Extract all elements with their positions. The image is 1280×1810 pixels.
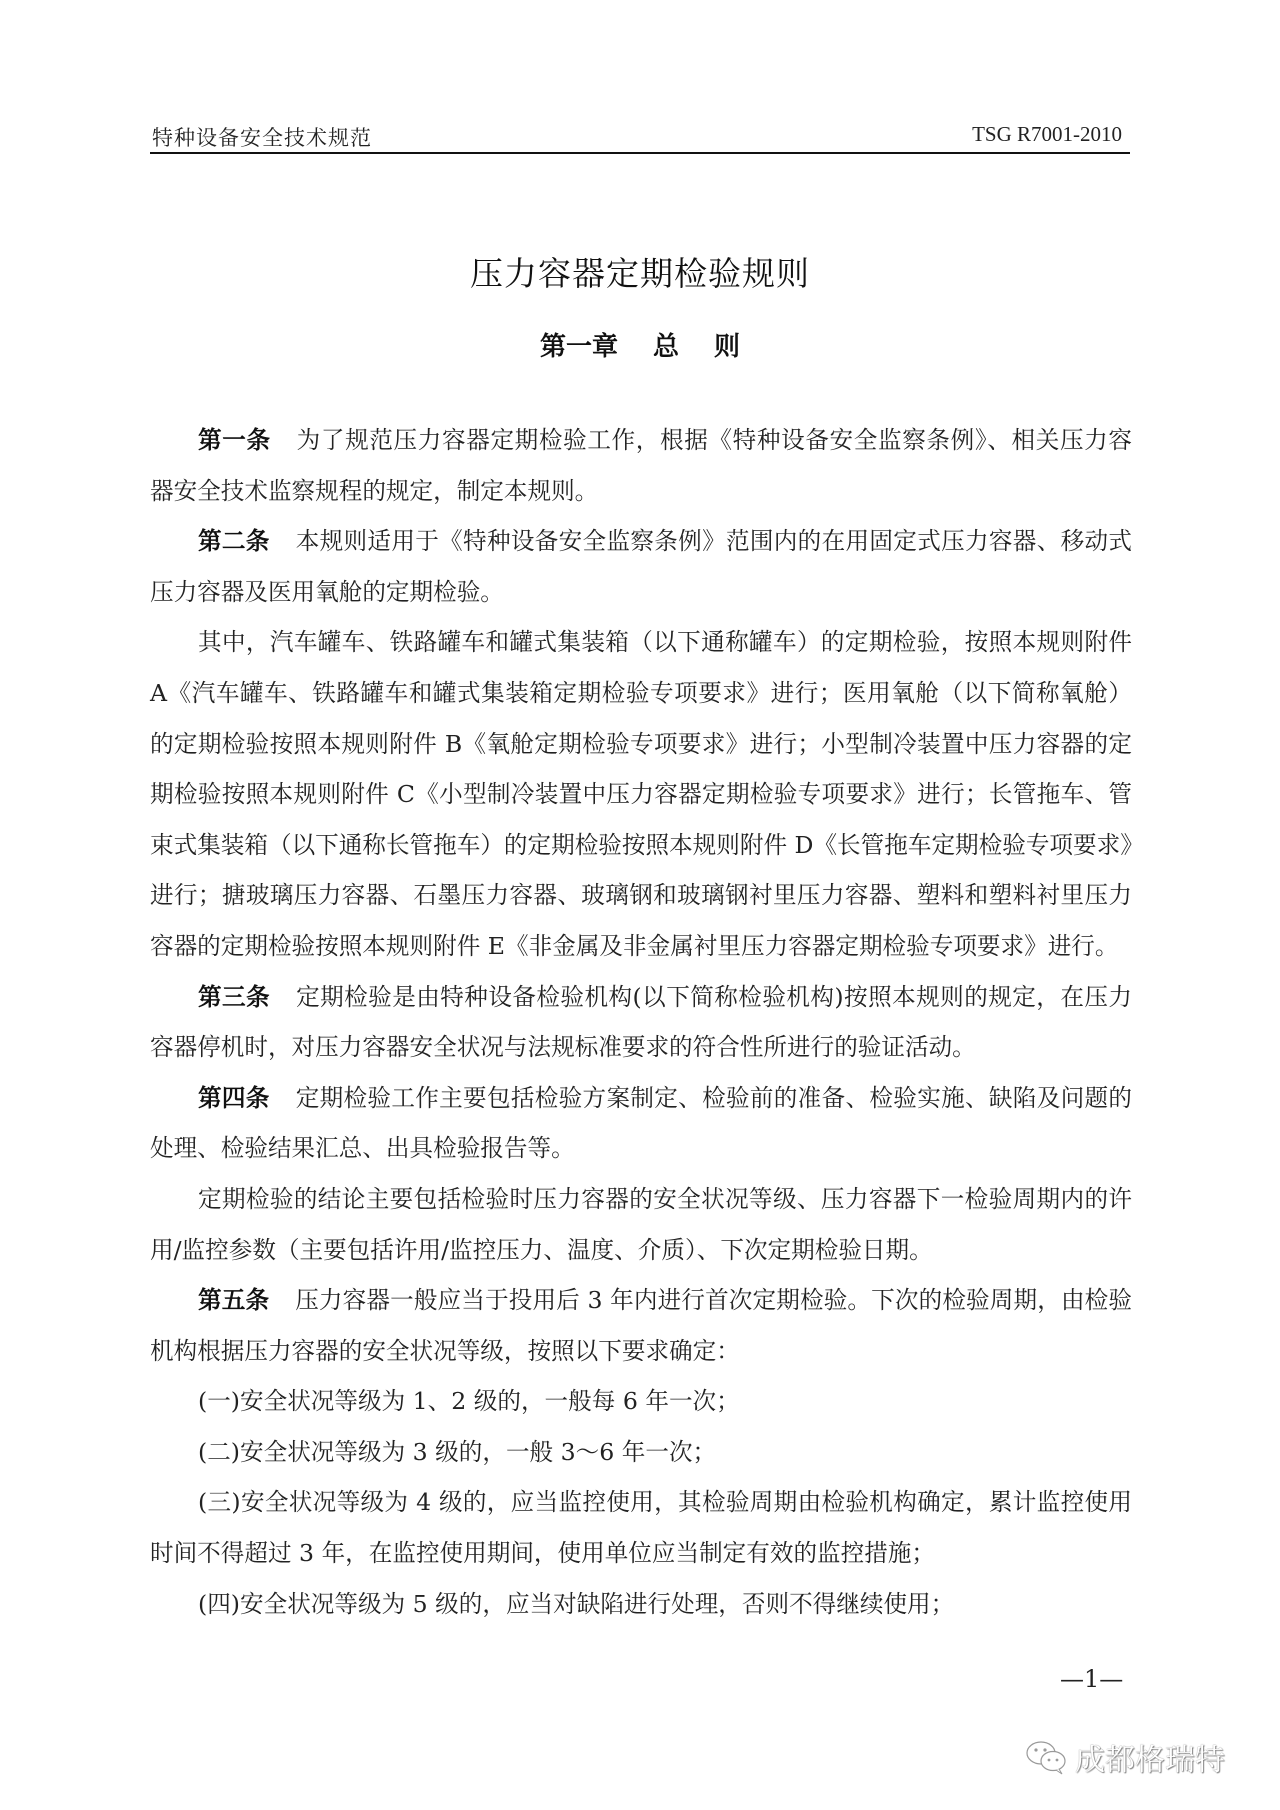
list-item: (三)安全状况等级为 4 级的，应当监控使用，其检验周期由检验机构确定，累计监控… [150, 1477, 1132, 1578]
paragraph-text: 定期检验的结论主要包括检验时压力容器的安全状况等级、压力容器下一检验周期内的许用… [150, 1185, 1132, 1264]
watermark: 成都格瑞特 [1025, 1735, 1225, 1779]
paragraph: 其中，汽车罐车、铁路罐车和罐式集装箱（以下通称罐车）的定期检验，按照本规则附件 … [150, 617, 1132, 971]
paragraph-text: 定期检验工作主要包括检验方案制定、检验前的准备、检验实施、缺陷及问题的处理、检验… [150, 1084, 1132, 1163]
article-label: 第四条 [198, 1084, 270, 1112]
paragraph: 第二条本规则适用于《特种设备安全监察条例》范围内的在用固定式压力容器、移动式压力… [150, 516, 1132, 617]
list-item: (一)安全状况等级为 1、2 级的，一般每 6 年一次； [150, 1376, 1132, 1427]
list-item-text: (三)安全状况等级为 4 级的，应当监控使用，其检验周期由检验机构确定，累计监控… [150, 1488, 1132, 1567]
article-label: 第一条 [198, 426, 271, 454]
list-item-text: (二)安全状况等级为 3 级的，一般 3～6 年一次； [198, 1438, 716, 1466]
page-header: 特种设备安全技术规范 TSG R7001-2010 [150, 118, 1130, 154]
paragraph-text: 定期检验是由特种设备检验机构(以下简称检验机构)按照本规则的规定，在压力容器停机… [150, 983, 1132, 1062]
list-item-text: (四)安全状况等级为 5 级的，应当对缺陷进行处理，否则不得继续使用； [198, 1590, 954, 1618]
paragraph-text: 为了规范压力容器定期检验工作，根据《特种设备安全监察条例》、相关压力容器安全技术… [150, 426, 1132, 505]
wechat-icon [1025, 1739, 1069, 1775]
article-label: 第二条 [198, 527, 270, 555]
paragraph-text: 压力容器一般应当于投用后 3 年内进行首次定期检验。下次的检验周期，由检验机构根… [150, 1286, 1132, 1365]
list-item: (二)安全状况等级为 3 级的，一般 3～6 年一次； [150, 1427, 1132, 1478]
header-standard-code: TSG R7001-2010 [972, 122, 1122, 147]
paragraph: 第一条为了规范压力容器定期检验工作，根据《特种设备安全监察条例》、相关压力容器安… [150, 415, 1132, 516]
watermark-text: 成都格瑞特 [1075, 1735, 1225, 1779]
article-label: 第五条 [198, 1286, 269, 1314]
list-item-text: (一)安全状况等级为 1、2 级的，一般每 6 年一次； [198, 1387, 740, 1415]
list-item: (四)安全状况等级为 5 级的，应当对缺陷进行处理，否则不得继续使用； [150, 1579, 1132, 1630]
paragraph: 第四条定期检验工作主要包括检验方案制定、检验前的准备、检验实施、缺陷及问题的处理… [150, 1073, 1132, 1174]
paragraph: 第五条压力容器一般应当于投用后 3 年内进行首次定期检验。下次的检验周期，由检验… [150, 1275, 1132, 1376]
paragraph: 定期检验的结论主要包括检验时压力容器的安全状况等级、压力容器下一检验周期内的许用… [150, 1174, 1132, 1275]
paragraph-text: 其中，汽车罐车、铁路罐车和罐式集装箱（以下通称罐车）的定期检验，按照本规则附件 … [150, 628, 1132, 960]
chapter-heading: 第一章 总 则 [0, 326, 1280, 363]
paragraph-text: 本规则适用于《特种设备安全监察条例》范围内的在用固定式压力容器、移动式压力容器及… [150, 527, 1132, 606]
document-body: 第一条为了规范压力容器定期检验工作，根据《特种设备安全监察条例》、相关压力容器安… [150, 415, 1132, 1629]
article-label: 第三条 [198, 983, 270, 1011]
header-series-title: 特种设备安全技术规范 [152, 122, 372, 152]
paragraph: 第三条定期检验是由特种设备检验机构(以下简称检验机构)按照本规则的规定，在压力容… [150, 972, 1132, 1073]
document-title: 压力容器定期检验规则 [0, 248, 1280, 295]
page-number: —1— [1060, 1665, 1123, 1693]
